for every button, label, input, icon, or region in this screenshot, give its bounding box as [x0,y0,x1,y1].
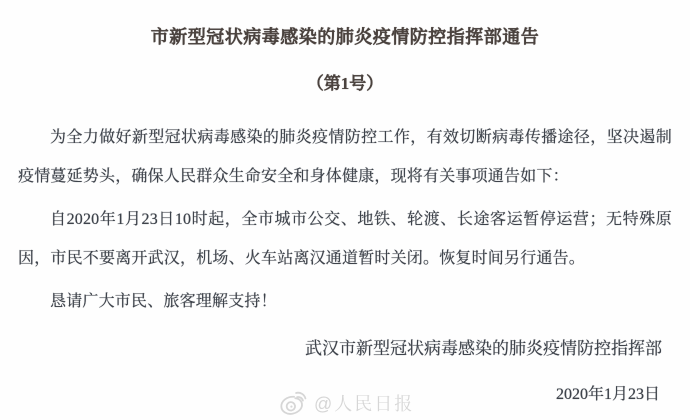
notice-document: 市新型冠状病毒感染的肺炎疫情防控指挥部通告 （第1号） 为全力做好新型冠状病毒感… [0,0,690,420]
notice-paragraph-3: 恳请广大市民、旅客理解支持！ [18,282,672,321]
watermark: @人民日报 [278,390,414,417]
notice-title: 市新型冠状病毒感染的肺炎疫情防控指挥部通告 [18,0,672,48]
watermark-label: @人民日报 [314,391,414,417]
notice-paragraph-2: 自2020年1月23日10时起，全市城市公交、地铁、轮渡、长途客运暂停运营；无特… [18,200,672,278]
notice-body: 为全力做好新型冠状病毒感染的肺炎疫情防控工作，有效切断病毒传播途径，坚决遏制疫情… [18,118,672,321]
weibo-logo-icon [276,388,309,419]
notice-number: （第1号） [18,74,672,94]
issuer-signature: 武汉市新型冠状病毒感染的肺炎疫情防控指挥部 [18,339,672,359]
notice-paragraph-1: 为全力做好新型冠状病毒感染的肺炎疫情防控工作，有效切断病毒传播途径，坚决遏制疫情… [18,118,672,196]
